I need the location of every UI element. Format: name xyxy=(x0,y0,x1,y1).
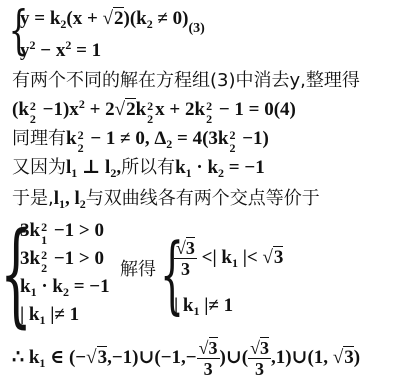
condition-1: 3k21 −1 > 0 xyxy=(20,220,104,242)
condition-2: 3k22 −1 > 0 xyxy=(20,248,104,270)
text-so: 所以有 xyxy=(121,157,175,178)
line-because: 又因为l1 ⊥ l2,所以有k1 · k2 = −1 xyxy=(12,157,265,179)
condition-3: k1 · k2 = −1 xyxy=(20,276,110,298)
text-similarly: 同理有 xyxy=(12,128,66,149)
solve-label: 解得 xyxy=(120,259,156,281)
line-similarly: 同理有k22 − 1 ≠ 0, Δ2 = 4(3k22 −1) xyxy=(12,128,269,150)
equation-4: (k22 −1)x2 + 2√2k22x + 2k22 − 1 = 0(4) xyxy=(12,99,296,121)
text-have-two-solutions: 有两个不同的解在方程组(3)中消去y,整理得 xyxy=(12,70,360,92)
system3-eq1: y = k2(x + √2)(k2 ≠ 0)(3) xyxy=(20,8,205,30)
line-thus: 于是,l1, l2与双曲线各有两个交点等价于 xyxy=(12,188,320,210)
system3-label: (3) xyxy=(189,21,205,36)
fraction-sqrt3-over-3: √33 xyxy=(174,238,197,279)
system3-eq2: y2 − x2 = 1 xyxy=(20,40,101,62)
text-because: 又因为 xyxy=(12,157,66,178)
text-equivalent: 与双曲线各有两个交点等价于 xyxy=(86,188,320,209)
conclusion: ∴ k1 ∈ (−√3,−1)∪(−1,−√33)∪(√33,1)∪(1, √3… xyxy=(12,338,360,379)
solution-row-1: √33 <| k1 |< √3 xyxy=(174,238,283,279)
solution-row-2: | k1 |≠ 1 xyxy=(174,295,233,317)
condition-4: | k1 |≠ 1 xyxy=(20,304,79,326)
text-thus: 于是, xyxy=(12,188,54,209)
